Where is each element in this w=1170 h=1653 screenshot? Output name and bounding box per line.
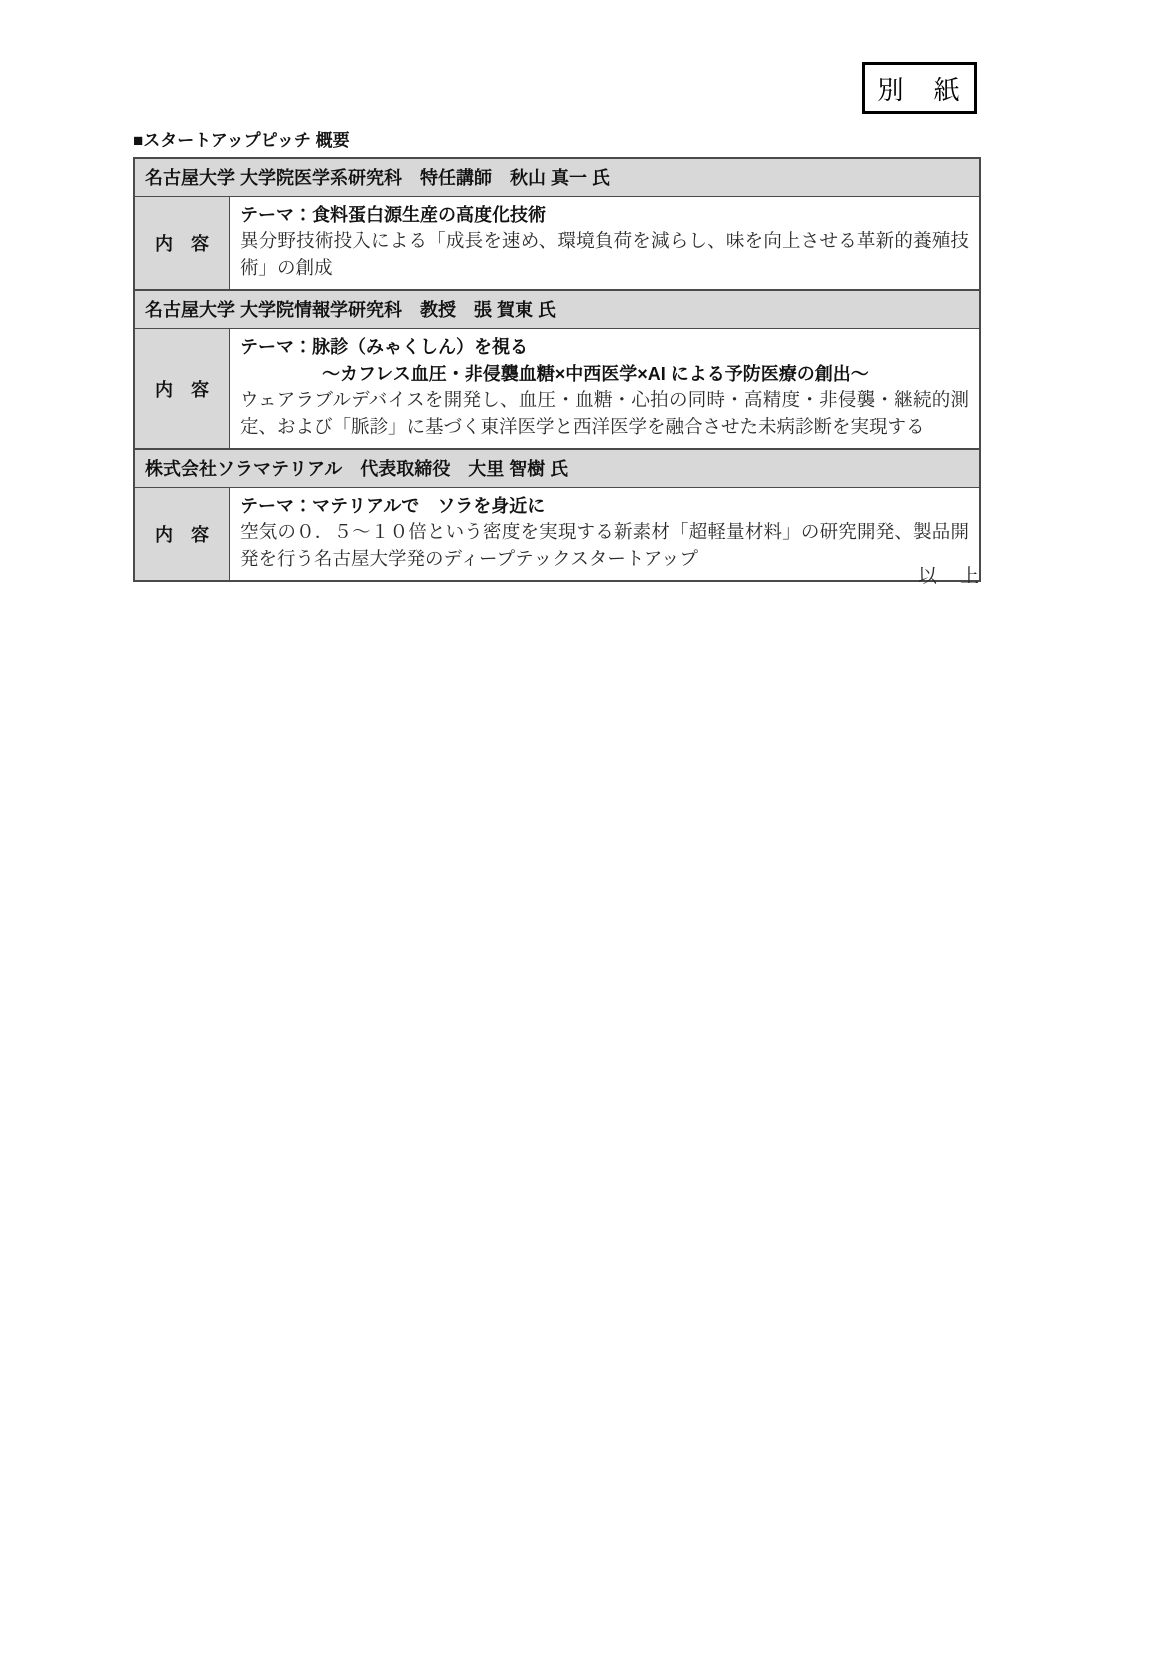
speaker-row-3: 株式会社ソラマテリアル 代表取締役 大里 智樹 氏 (135, 449, 979, 488)
theme-subtitle-text-2: ～カフレス血圧・非侵襲血糖×中西医学×AI による予防医療の創出～ (240, 361, 969, 388)
body-text-2: ウェアラブルデバイスを開発し、血圧・血糖・心拍の同時・高精度・非侵襲・継続的測定… (240, 388, 969, 442)
speaker-name-3: 株式会社ソラマテリアル 代表取締役 大里 智樹 氏 (145, 459, 568, 479)
theme-text-3: テーマ：マテリアルで ソラを身近に (240, 493, 969, 520)
speaker-row-2: 名古屋大学 大学院情報学研究科 教授 張 賀東 氏 (135, 290, 979, 329)
body-text-1: 異分野技術投入による「成長を速め、環境負荷を減らし、味を向上させる革新的養殖技術… (240, 229, 969, 283)
pitch-table: 名古屋大学 大学院医学系研究科 特任講師 秋山 真一 氏 内 容 テーマ：食料蛋… (133, 157, 981, 582)
content-label-cell-2: 内 容 (135, 329, 230, 448)
theme-text-2: テーマ：脉診（みゃくしん）を視る (240, 334, 969, 361)
page-heading: ■スタートアップピッチ 概要 (133, 126, 350, 151)
theme-text-1: テーマ：食料蛋白源生産の高度化技術 (240, 202, 969, 229)
content-row-1: 内 容 テーマ：食料蛋白源生産の高度化技術 異分野技術投入による「成長を速め、環… (135, 197, 979, 290)
content-label-2: 内 容 (155, 376, 209, 402)
content-label-3: 内 容 (155, 521, 209, 547)
content-row-2: 内 容 テーマ：脉診（みゃくしん）を視る ～カフレス血圧・非侵襲血糖×中西医学×… (135, 329, 979, 449)
content-label-1: 内 容 (155, 230, 209, 256)
content-cell-1: テーマ：食料蛋白源生産の高度化技術 異分野技術投入による「成長を速め、環境負荷を… (230, 197, 979, 289)
speaker-name-2: 名古屋大学 大学院情報学研究科 教授 張 賀東 氏 (145, 300, 556, 320)
attachment-box: 別 紙 (862, 62, 977, 114)
content-cell-2: テーマ：脉診（みゃくしん）を視る ～カフレス血圧・非侵襲血糖×中西医学×AI に… (230, 329, 979, 448)
closing-text: 以 上 (133, 561, 981, 588)
attachment-label: 別 紙 (877, 70, 961, 107)
speaker-name-1: 名古屋大学 大学院医学系研究科 特任講師 秋山 真一 氏 (145, 168, 610, 188)
speaker-row-1: 名古屋大学 大学院医学系研究科 特任講師 秋山 真一 氏 (135, 159, 979, 197)
content-label-cell-1: 内 容 (135, 197, 230, 289)
